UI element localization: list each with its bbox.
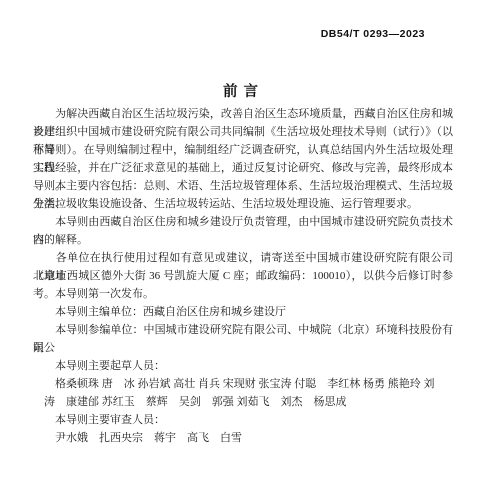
document-line: 容的解释。 — [33, 231, 453, 249]
document-line: 尹水娥 扎西央宗 蒋宇 高飞 白雪 — [33, 429, 453, 447]
document-line: 实践经验，并在广泛征求意见的基础上，通过反复讨论研究、修改与完善，最终形成本导则… — [33, 159, 453, 177]
page-title: 前言 — [0, 80, 481, 101]
document-line: 本导则第一次发布。 — [33, 285, 453, 303]
document-line: 本导则由西藏自治区住房和城乡建设厅负责管理，由中国城市建设研究院负责技术内 — [33, 213, 453, 231]
standard-number: DB54/T 0293—2023 — [321, 28, 425, 40]
document-line: 称导则）。在导则编制过程中，编制组经广泛调查研究，认真总结国内外生活垃圾处理工程 — [33, 141, 453, 159]
document-line: 格桑顿珠 唐 冰 孙岩斌 高壮 肖兵 宋现财 张宝涛 付聪 李红林 杨勇 熊艳玲… — [33, 375, 453, 393]
document-line: 生活垃圾收集设施设备、生活垃圾转运站、生活垃圾处理设施、运行管理要求。 — [33, 195, 453, 213]
document-line: 司 — [33, 339, 453, 357]
document-line: 本主要内容包括：总则、术语、生活垃圾管理体系、生活垃圾治理模式、生活垃圾分类、 — [33, 177, 453, 195]
document-line: 设厅组织中国城市建设研究院有限公司共同编制《生活垃圾处理技术导则（试行）》（以下… — [33, 123, 453, 141]
document-line: 各单位在执行使用过程如有意见或建议，请寄送至中国城市建设研究院有限公司（地址： — [33, 249, 453, 267]
foreword-body: 为解决西藏自治区生活垃圾污染，改善自治区生态环境质量，西藏自治区住房和城乡建 设… — [33, 105, 453, 447]
document-line: 本导则参编单位：中国城市建设研究院有限公司、中城院（北京）环境科技股份有限公 — [33, 321, 453, 339]
document-line: 本导则主编单位：西藏自治区住房和城乡建设厅 — [33, 303, 453, 321]
document-line: 为解决西藏自治区生活垃圾污染，改善自治区生态环境质量，西藏自治区住房和城乡建 — [33, 105, 453, 123]
document-line: 北京市西城区德外大街 36 号凯旋大厦 C 座；邮政编码：100010），以供今… — [33, 267, 453, 285]
document-page: DB54/T 0293—2023 前言 为解决西藏自治区生活垃圾污染，改善自治区… — [0, 0, 481, 499]
document-line: 本导则主要起草人员： — [33, 357, 453, 375]
document-line: 本导则主要审查人员： — [33, 411, 453, 429]
document-line: 涛 康建邰 苏红玉 蔡辉 吴剑 郭强 刘茹飞 刘杰 杨思成 — [33, 393, 453, 411]
